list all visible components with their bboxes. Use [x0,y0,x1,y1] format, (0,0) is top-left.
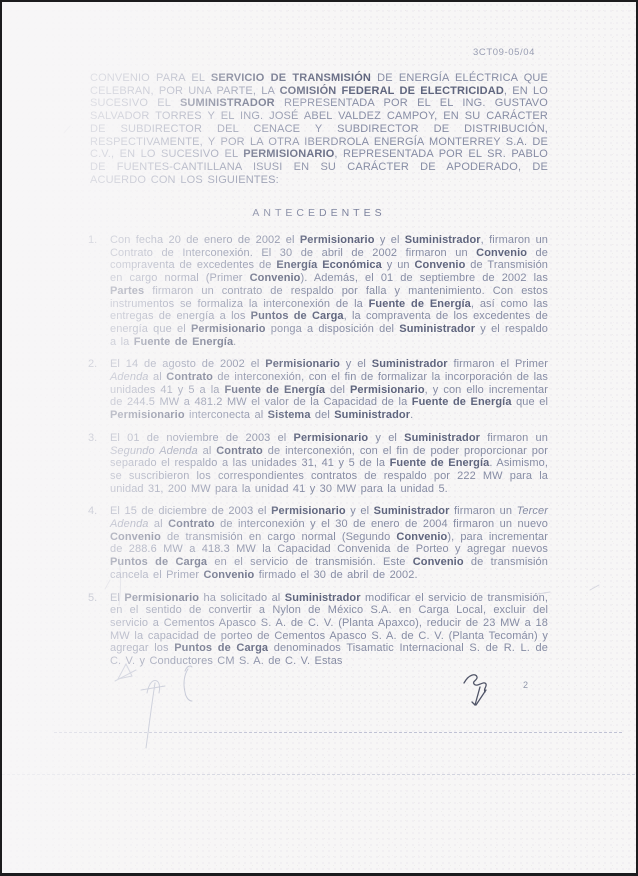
antecedente-item: 1. Con fecha 20 de enero de 2002 el Perm… [88,234,548,348]
item-text: El 01 de noviembre de 2003 el Permisiona… [110,432,548,496]
item-number: 3. [88,432,110,496]
item-number: 4. [88,505,110,581]
item-text: El 15 de diciembre de 2003 el Permisiona… [110,505,548,581]
antecedentes-list: 1. Con fecha 20 de enero de 2002 el Perm… [88,234,548,678]
scanned-contract-page: 3CT09-05/04 CONVENIO PARA EL SERVICIO DE… [0,0,638,876]
antecedente-item: 5. El Permisionario ha solicitado al Sum… [88,592,548,668]
section-title-antecedentes: ANTECEDENTES [2,207,636,219]
item-number: 2. [88,358,110,422]
scan-artifact-line [54,732,622,733]
antecedente-item: 3. El 01 de noviembre de 2003 el Permisi… [88,432,548,496]
scan-artifact-line [2,774,638,775]
item-number: 5. [88,592,110,668]
document-code: 3CT09-05/04 [473,47,535,58]
antecedente-item: 2. El 14 de agosto de 2002 el Permisiona… [88,358,548,422]
antecedente-item: 4. El 15 de diciembre de 2003 el Permisi… [88,505,548,581]
title-paragraph: CONVENIO PARA EL SERVICIO DE TRANSMISIÓN… [90,72,548,186]
item-text: El Permisionario ha solicitado al Sumini… [110,592,548,668]
item-number: 1. [88,234,110,348]
item-text: El 14 de agosto de 2002 el Permisionario… [110,358,548,422]
page-number: 2 [523,680,528,690]
signature-scribble-icon [464,675,486,705]
item-text: Con fecha 20 de enero de 2002 el Permisi… [110,234,548,348]
